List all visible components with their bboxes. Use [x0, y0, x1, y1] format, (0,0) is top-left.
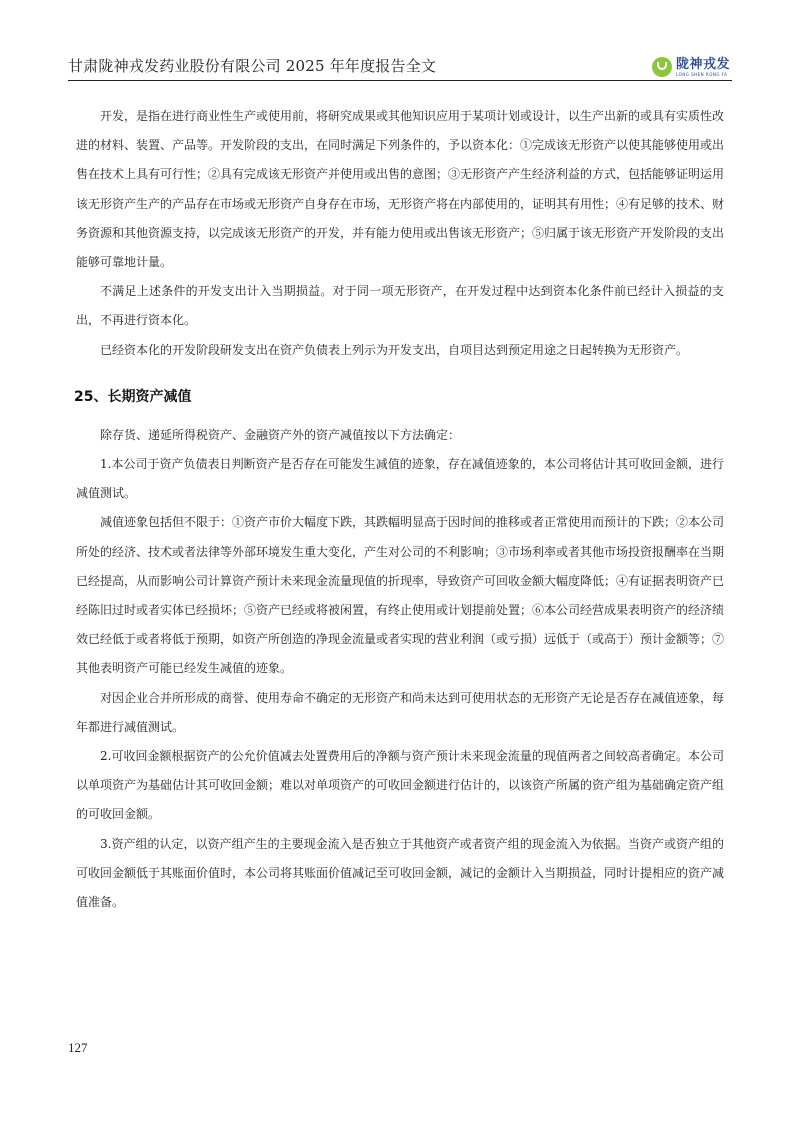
page-number: 127: [68, 1040, 88, 1056]
page-header: 甘肃陇神戎发药业股份有限公司 2025 年年度报告全文 陇神戎发 LONG SH…: [68, 50, 732, 81]
paragraph: 1.本公司于资产负债表日判断资产是否存在可能发生减值的迹象，存在减值迹象的，本公…: [76, 450, 724, 508]
section-heading: 25、长期资产减值: [74, 385, 724, 409]
logo-name-cn: 陇神戎发: [676, 58, 730, 71]
report-title: 甘肃陇神戎发药业股份有限公司 2025 年年度报告全文: [68, 55, 436, 76]
company-logo-icon: [652, 57, 672, 77]
paragraph: 开发，是指在进行商业性生产或使用前，将研究成果或其他知识应用于某项计划或设计，以…: [76, 102, 724, 277]
paragraph: 3.资产组的认定，以资产组产生的主要现金流入是否独立于其他资产或者资产组的现金流…: [76, 830, 724, 918]
paragraph: 2.可收回金额根据资产的公允价值减去处置费用后的净额与资产预计未来现金流量的现值…: [76, 742, 724, 830]
paragraph: 对因企业合并所形成的商誉、使用寿命不确定的无形资产和尚未达到可使用状态的无形资产…: [76, 684, 724, 742]
company-logo: 陇神戎发 LONG SHEN RONG FA: [652, 57, 730, 77]
paragraph: 已经资本化的开发阶段研发支出在资产负债表上列示为开发支出，自项目达到预定用途之日…: [76, 336, 724, 365]
paragraph: 除存货、递延所得税资产、金融资产外的资产减值按以下方法确定：: [76, 421, 724, 450]
logo-name-en: LONG SHEN RONG FA: [676, 73, 730, 77]
paragraph: 不满足上述条件的开发支出计入当期损益。对于同一项无形资产，在开发过程中达到资本化…: [76, 277, 724, 335]
page-content: 开发，是指在进行商业性生产或使用前，将研究成果或其他知识应用于某项计划或设计，以…: [76, 102, 724, 917]
paragraph: 减值迹象包括但不限于：①资产市价大幅度下跌，其跌幅明显高于因时间的推移或者正常使…: [76, 508, 724, 683]
